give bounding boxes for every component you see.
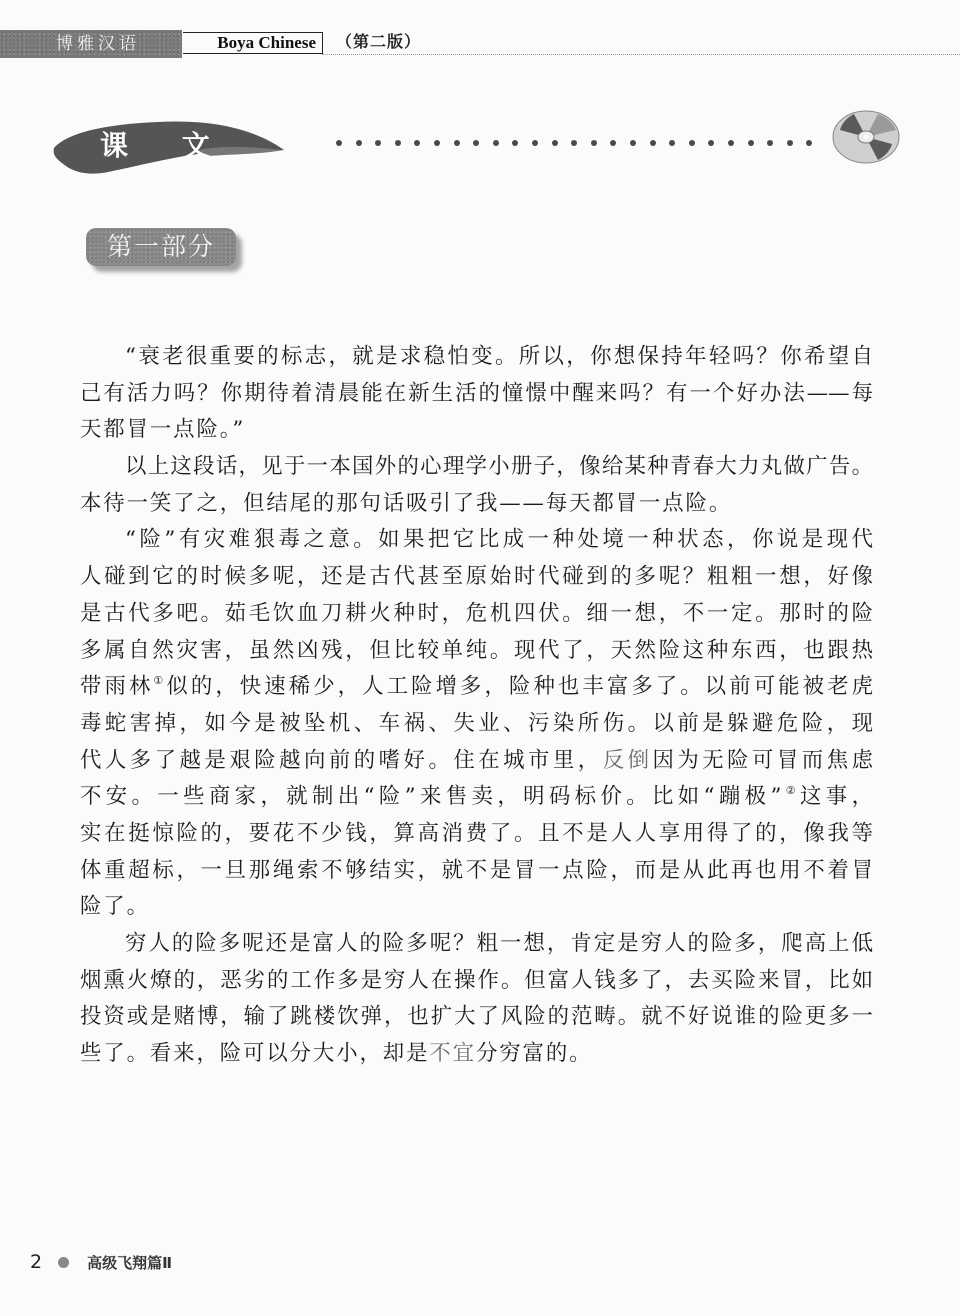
text-line: 本待一笑了之，但结尾的那句话吸引了我——每天都冒一点险。 — [80, 486, 880, 523]
text-line: 些了。看来，险可以分大小，却是不宜分穷富的。 — [80, 1036, 880, 1073]
line-text: 些了。看来，险可以分大小，却是 — [80, 1041, 429, 1066]
dotted-leader — [336, 140, 836, 148]
leader-dot — [689, 140, 695, 146]
cd-disc-icon — [830, 108, 904, 166]
leader-dot — [591, 140, 597, 146]
leader-dot — [806, 140, 812, 146]
leader-dot — [512, 140, 518, 146]
line-text: 人碰到它的时候多呢，还是古代甚至原始时代碰到的多呢？粗粗一想，好像 — [80, 564, 873, 589]
text-line: 体重超标，一旦那绳索不够结实，就不是冒一点险，而是从此再也用不着冒 — [80, 853, 873, 890]
leader-dot — [571, 140, 577, 146]
text-line: 己有活力吗？你期待着清晨能在新生活的憧憬中醒来吗？有一个好办法——每 — [80, 376, 873, 413]
leader-dot — [473, 140, 479, 146]
leader-dot — [532, 140, 538, 146]
line-text: 不安。一些商家，就制出“险”来售卖，明码标价。比如“蹦极” — [80, 784, 781, 809]
page-footer: 2 高级飞翔篇Ⅱ — [30, 1250, 172, 1274]
leader-dot — [395, 140, 401, 146]
text-line: 人碰到它的时候多呢，还是古代甚至原始时代碰到的多呢？粗粗一想，好像 — [80, 559, 873, 596]
lesson-text: “衰老很重要的标志，就是求稳怕变。所以，你想保持年轻吗？你希望自己有活力吗？你期… — [80, 339, 880, 1073]
text-line: 不安。一些商家，就制出“险”来售卖，明码标价。比如“蹦极”②这事， — [80, 779, 873, 816]
leader-dot — [728, 140, 734, 146]
line-text: 天都冒一点险。” — [80, 417, 245, 442]
part-label: 第一部分 — [86, 228, 236, 266]
text-line: “险”有灾难狠毒之意。如果把它比成一种处境一种状态，你说是现代 — [80, 522, 873, 559]
line-text: 代人多了越是艰险越向前的嗜好。住在城市里， — [80, 748, 603, 773]
leader-dot — [767, 140, 773, 146]
highlighted-word: 反倒 — [603, 748, 653, 773]
running-header: 博雅汉语 Boya Chinese （第二版） — [0, 26, 960, 62]
brand-name: Boya Chinese — [183, 32, 323, 54]
line-text: 似的，快速稀少，人工险增多，险种也丰富多了。以前可能被老虎 — [166, 674, 873, 699]
text-line: 穷人的险多呢还是富人的险多呢？粗一想，肯定是穷人的险多，爬高上低 — [80, 926, 873, 963]
line-text: 实在挺惊险的，要花不少钱，算高消费了。且不是人人享用得了的，像我等 — [80, 821, 873, 846]
text-line: 烟熏火燎的，恶劣的工作多是穷人在操作。但富人钱多了，去买险来冒，比如 — [80, 963, 873, 1000]
header-dotted-rule — [322, 54, 960, 55]
text-line: 带雨林①似的，快速稀少，人工险增多，险种也丰富多了。以前可能被老虎 — [80, 669, 873, 706]
line-text: “险”有灾难狠毒之意。如果把它比成一种处境一种状态，你说是现代 — [125, 527, 873, 552]
text-line: “衰老很重要的标志，就是求稳怕变。所以，你想保持年轻吗？你希望自 — [80, 339, 873, 376]
leader-dot — [336, 140, 342, 146]
leader-dot — [630, 140, 636, 146]
leader-dot — [650, 140, 656, 146]
highlighted-word: 不宜 — [429, 1041, 476, 1066]
line-text: 带雨林 — [80, 674, 153, 699]
bullet-dot-icon — [58, 1257, 69, 1268]
leader-dot — [610, 140, 616, 146]
leader-dot — [434, 140, 440, 146]
series-name: 博雅汉语 — [0, 30, 182, 58]
leader-dot — [414, 140, 420, 146]
line-text: 体重超标，一旦那绳索不够结实，就不是冒一点险，而是从此再也用不着冒 — [80, 858, 873, 883]
text-line: 多属自然灾害，虽然凶残，但比较单纯。现代了，天然险这种东西，也跟热 — [80, 633, 873, 670]
leader-dot — [493, 140, 499, 146]
text-line: 以上这段话，见于一本国外的心理学小册子，像给某种青春大力丸做广告。 — [80, 449, 873, 486]
line-text: 投资或是赌博，输了跳楼饮弹，也扩大了风险的范畴。就不好说谁的险更多一 — [80, 1004, 873, 1029]
leader-dot — [356, 140, 362, 146]
footnote-marker[interactable]: ① — [153, 674, 166, 687]
leader-dot — [552, 140, 558, 146]
line-text: 本待一笑了之，但结尾的那句话吸引了我——每天都冒一点险。 — [80, 491, 732, 516]
line-text: 是古代多吧。茹毛饮血刀耕火种时，危机四伏。细一想，不一定。那时的险 — [80, 601, 873, 626]
page-number: 2 — [30, 1251, 42, 1273]
edition-label: （第二版） — [336, 30, 421, 54]
text-line: 险了。 — [80, 889, 880, 926]
line-text: 多属自然灾害，虽然凶残，但比较单纯。现代了，天然险这种东西，也跟热 — [80, 638, 873, 663]
line-text: 因为无险可冒而焦虑 — [652, 748, 873, 773]
leader-dot — [708, 140, 714, 146]
line-text: 以上这段话，见于一本国外的心理学小册子，像给某种青春大力丸做广告。 — [125, 454, 873, 479]
line-text: 险了。 — [80, 894, 150, 919]
leader-dot — [454, 140, 460, 146]
section-title: 课 文 — [100, 124, 232, 164]
line-text: 穷人的险多呢还是富人的险多呢？粗一想，肯定是穷人的险多，爬高上低 — [125, 931, 873, 956]
line-text: 毒蛇害掉，如今是被坠机、车祸、失业、污染所伤。以前是躲避危险，现 — [80, 711, 873, 736]
line-text: 烟熏火燎的，恶劣的工作多是穷人在操作。但富人钱多了，去买险来冒，比如 — [80, 968, 873, 993]
text-line: 实在挺惊险的，要花不少钱，算高消费了。且不是人人享用得了的，像我等 — [80, 816, 873, 853]
book-title: 高级飞翔篇Ⅱ — [87, 1252, 172, 1273]
line-text: 这事， — [800, 784, 873, 809]
section-banner: 课 文 — [48, 110, 288, 180]
leader-dot — [669, 140, 675, 146]
leader-dot — [787, 140, 793, 146]
footnote-marker[interactable]: ② — [781, 784, 800, 797]
text-line: 投资或是赌博，输了跳楼饮弹，也扩大了风险的范畴。就不好说谁的险更多一 — [80, 999, 873, 1036]
text-line: 是古代多吧。茹毛饮血刀耕火种时，危机四伏。细一想，不一定。那时的险 — [80, 596, 873, 633]
leader-dot — [748, 140, 754, 146]
text-line: 天都冒一点险。” — [80, 412, 880, 449]
line-text: 己有活力吗？你期待着清晨能在新生活的憧憬中醒来吗？有一个好办法——每 — [80, 381, 873, 406]
leader-dot — [375, 140, 381, 146]
line-text: 分穷富的。 — [476, 1041, 592, 1066]
text-line: 代人多了越是艰险越向前的嗜好。住在城市里，反倒因为无险可冒而焦虑 — [80, 743, 873, 780]
line-text: “衰老很重要的标志，就是求稳怕变。所以，你想保持年轻吗？你希望自 — [125, 344, 873, 369]
text-line: 毒蛇害掉，如今是被坠机、车祸、失业、污染所伤。以前是躲避危险，现 — [80, 706, 873, 743]
